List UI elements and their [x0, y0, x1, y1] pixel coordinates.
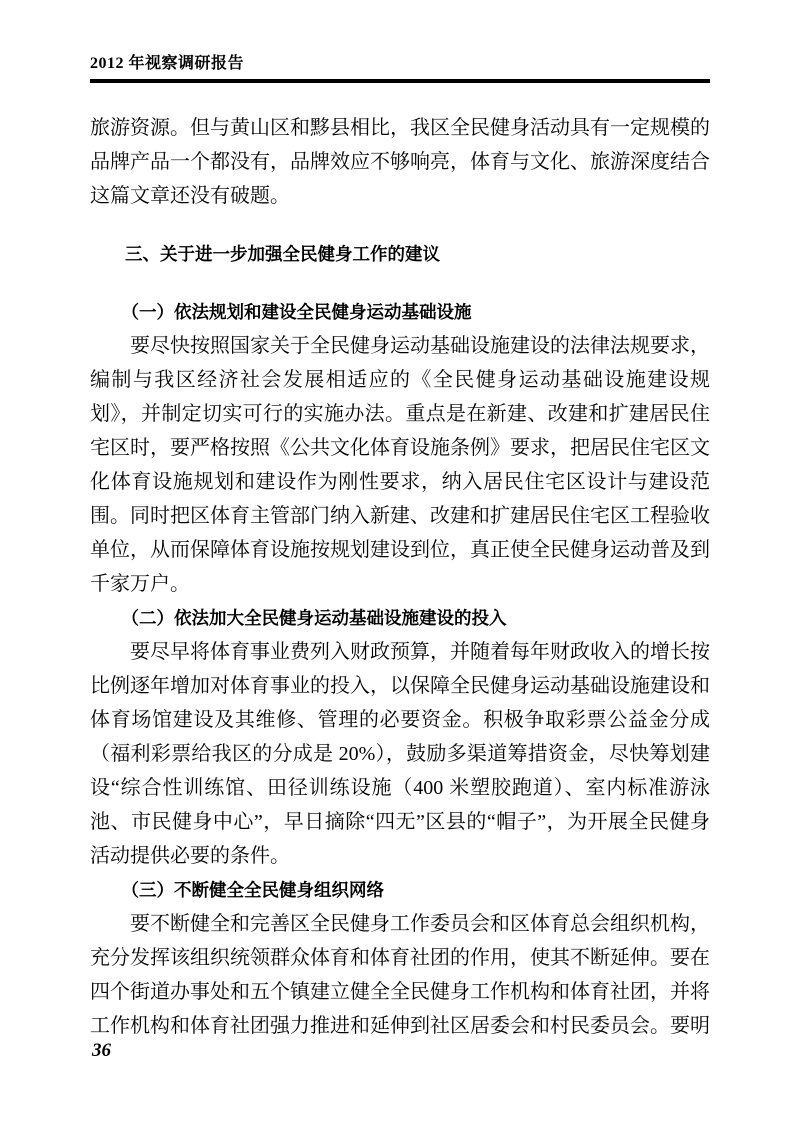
header-title: 2012 年视察调研报告 — [90, 55, 244, 72]
subsection-3-paragraph: 要不断健全和完善区全民健身工作委员会和区体育总会组织机构，充分发挥该组织统领群众… — [90, 907, 710, 1043]
document-page: 2012 年视察调研报告 旅游资源。但与黄山区和黟县相比，我区全民健身活动具有一… — [0, 0, 803, 1133]
page-footer: 36 — [92, 1040, 111, 1062]
intro-paragraph: 旅游资源。但与黄山区和黟县相比，我区全民健身活动具有一定规模的品牌产品一个都没有… — [90, 111, 710, 213]
subsection-2-heading: （二）依法加大全民健身运动基础设施建设的投入 — [90, 601, 710, 635]
document-body: 旅游资源。但与黄山区和黟县相比，我区全民健身活动具有一定规模的品牌产品一个都没有… — [90, 111, 710, 1043]
subsection-1-heading: （一）依法规划和建设全民健身运动基础设施 — [90, 295, 710, 329]
subsection-3-heading: （三）不断健全全民健身组织网络 — [90, 873, 710, 907]
subsection-1-paragraph: 要尽快按照国家关于全民健身运动基础设施建设的法律法规要求，编制与我区经济社会发展… — [90, 329, 710, 601]
page-number: 36 — [92, 1040, 111, 1061]
page-header: 2012 年视察调研报告 — [90, 50, 710, 83]
section-heading: 三、关于进一步加强全民健身工作的建议 — [90, 237, 710, 271]
subsection-2-paragraph: 要尽早将体育事业费列入财政预算，并随着每年财政收入的增长按比例逐年增加对体育事业… — [90, 635, 710, 873]
